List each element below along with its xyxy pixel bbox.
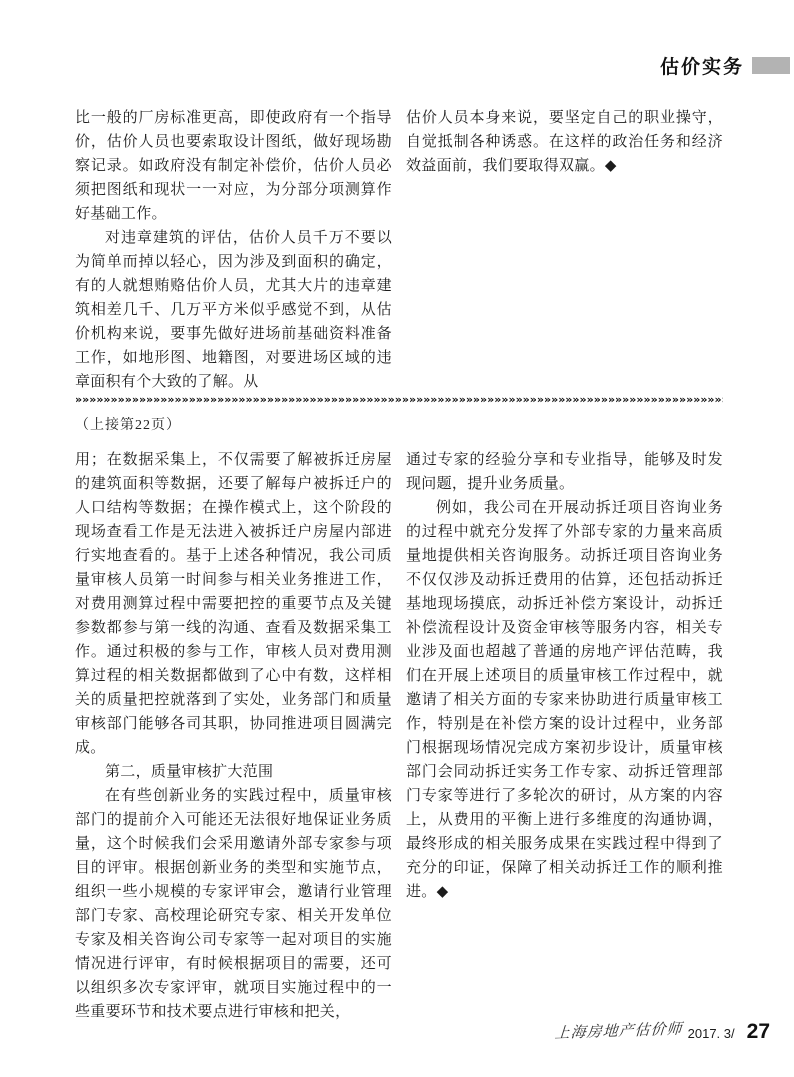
page-footer: 上海房地产估价师 2017. 3/ 27 bbox=[554, 1020, 770, 1044]
paragraph: 估价人员本身来说，要坚定自己的职业操守，自觉抵制各种诱惑。在这样的政治任务和经济… bbox=[406, 106, 723, 178]
section-title: 估价实务 bbox=[660, 52, 744, 79]
article-bottom-fragment: 用；在数据采集上，不仅需要了解被拆迁房屋的建筑面积等数据，还要了解每户被拆迁户的… bbox=[75, 448, 723, 1024]
continued-from-note: （上接第22页） bbox=[75, 414, 723, 434]
article-top-fragment: 比一般的厂房标准更高，即使政府有一个指导价，估价人员也要索取设计图纸，做好现场勘… bbox=[75, 106, 723, 394]
bottom-left-column: 用；在数据采集上，不仅需要了解被拆迁房屋的建筑面积等数据，还要了解每户被拆迁户的… bbox=[75, 448, 392, 1024]
article-divider: »»»»»»»»»»»»»»»»»»»»»»»»»»»»»»»»»»»»»»»»… bbox=[75, 393, 723, 434]
paragraph: 比一般的厂房标准更高，即使政府有一个指导价，估价人员也要索取设计图纸，做好现场勘… bbox=[75, 106, 392, 226]
page-number: 27 bbox=[747, 1020, 770, 1044]
magazine-page: 估价实务 比一般的厂房标准更高，即使政府有一个指导价，估价人员也要索取设计图纸，… bbox=[0, 0, 794, 1077]
bottom-right-column: 通过专家的经验分享和专业指导，能够及时发现问题，提升业务质量。 例如，我公司在开… bbox=[406, 448, 723, 1024]
header-accent-bar bbox=[752, 57, 790, 74]
top-right-column: 估价人员本身来说，要坚定自己的职业操守，自觉抵制各种诱惑。在这样的政治任务和经济… bbox=[406, 106, 723, 394]
issue-date: 2017. 3/ bbox=[688, 1026, 735, 1041]
paragraph: 例如，我公司在开展动拆迁项目咨询业务的过程中就充分发挥了外部专家的力量来高质量地… bbox=[406, 496, 723, 904]
journal-logo: 上海房地产估价师 bbox=[554, 1017, 683, 1043]
paragraph: 在有些创新业务的实践过程中，质量审核部门的提前介入可能还无法很好地保证业务质量，… bbox=[75, 784, 392, 1024]
paragraph: 用；在数据采集上，不仅需要了解被拆迁房屋的建筑面积等数据，还要了解每户被拆迁户的… bbox=[75, 448, 392, 760]
paragraph: 通过专家的经验分享和专业指导，能够及时发现问题，提升业务质量。 bbox=[406, 448, 723, 496]
paragraph: 对违章建筑的评估，估价人员千万不要以为简单而掉以轻心，因为涉及到面积的确定，有的… bbox=[75, 226, 392, 394]
top-left-column: 比一般的厂房标准更高，即使政府有一个指导价，估价人员也要索取设计图纸，做好现场勘… bbox=[75, 106, 392, 394]
divider-arrows: »»»»»»»»»»»»»»»»»»»»»»»»»»»»»»»»»»»»»»»»… bbox=[75, 393, 723, 406]
section-heading: 第二，质量审核扩大范围 bbox=[75, 760, 392, 784]
page-header: 估价实务 bbox=[660, 52, 790, 79]
